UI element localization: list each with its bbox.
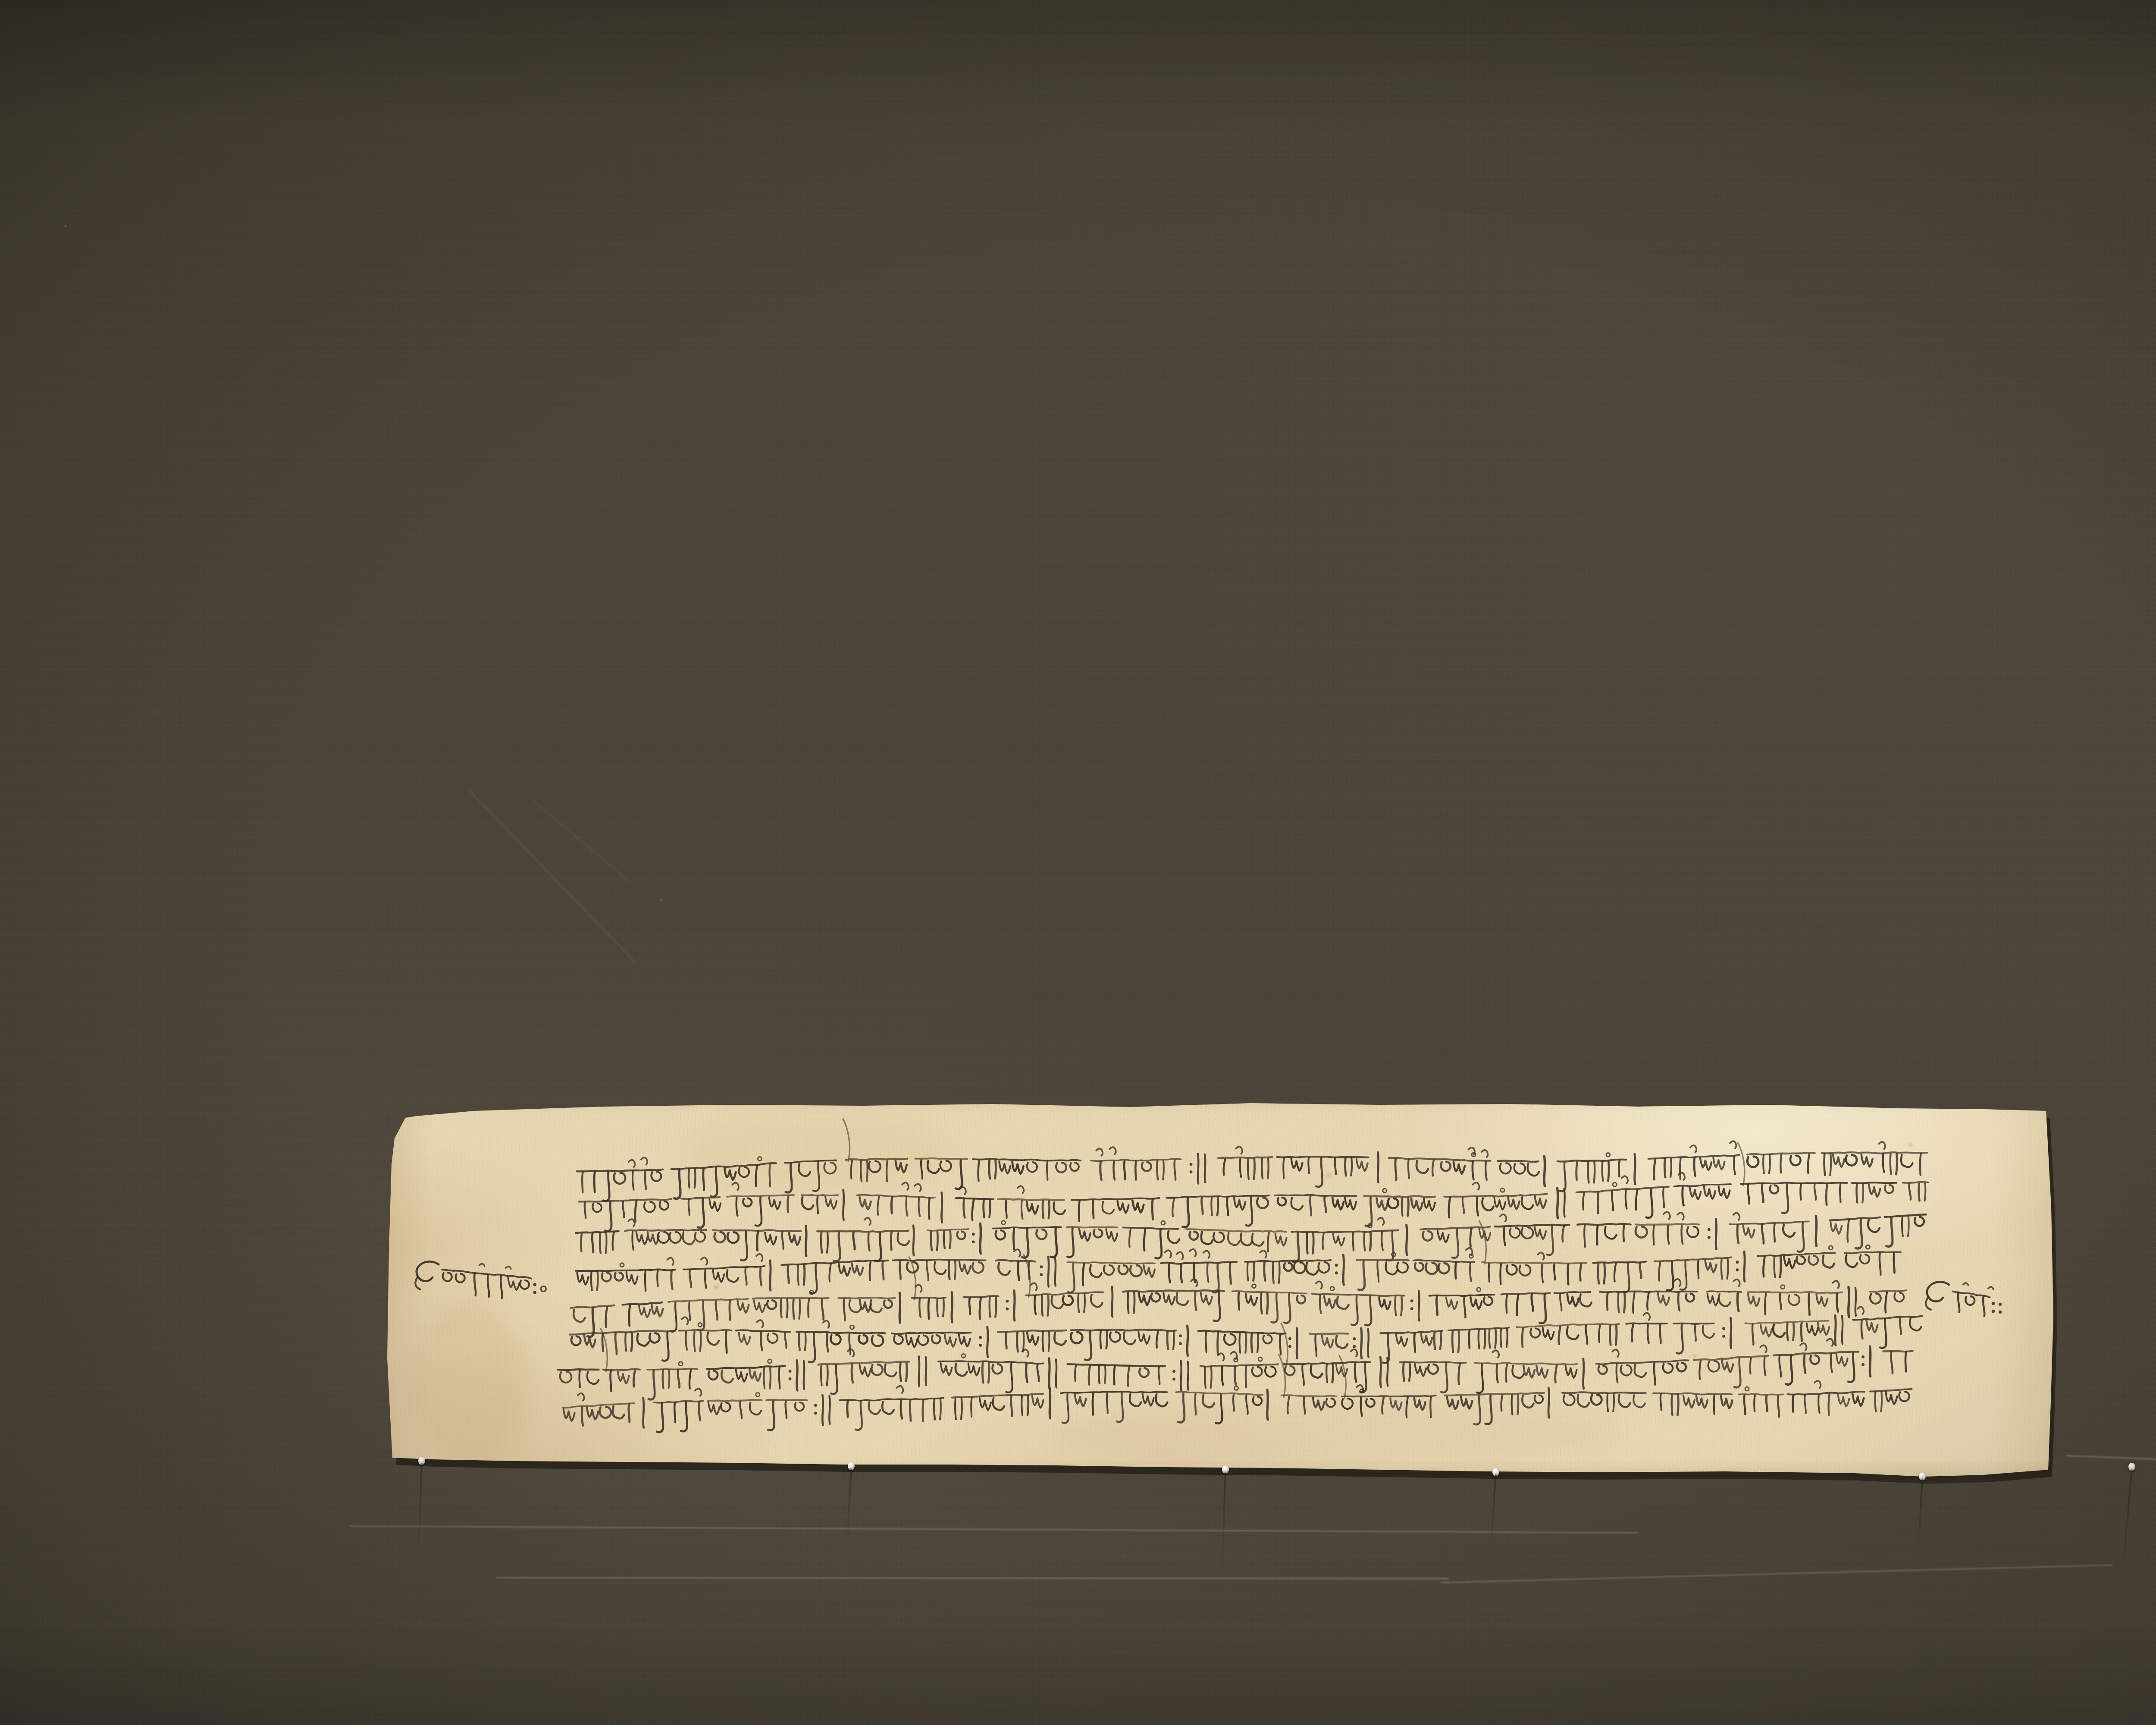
manuscript-text-svg — [0, 0, 2156, 1725]
photo-stage: শ্রীশ্রীভারতঃ৹ জ্ঞাস্যতি ভীমসম্ভব নঙ্ঘার… — [0, 0, 2156, 1725]
left-margin-label — [415, 1261, 546, 1298]
manuscript-line-3 — [576, 1212, 1926, 1262]
manuscript-line-6 — [570, 1307, 1922, 1363]
right-margin-label — [1926, 1282, 2002, 1316]
